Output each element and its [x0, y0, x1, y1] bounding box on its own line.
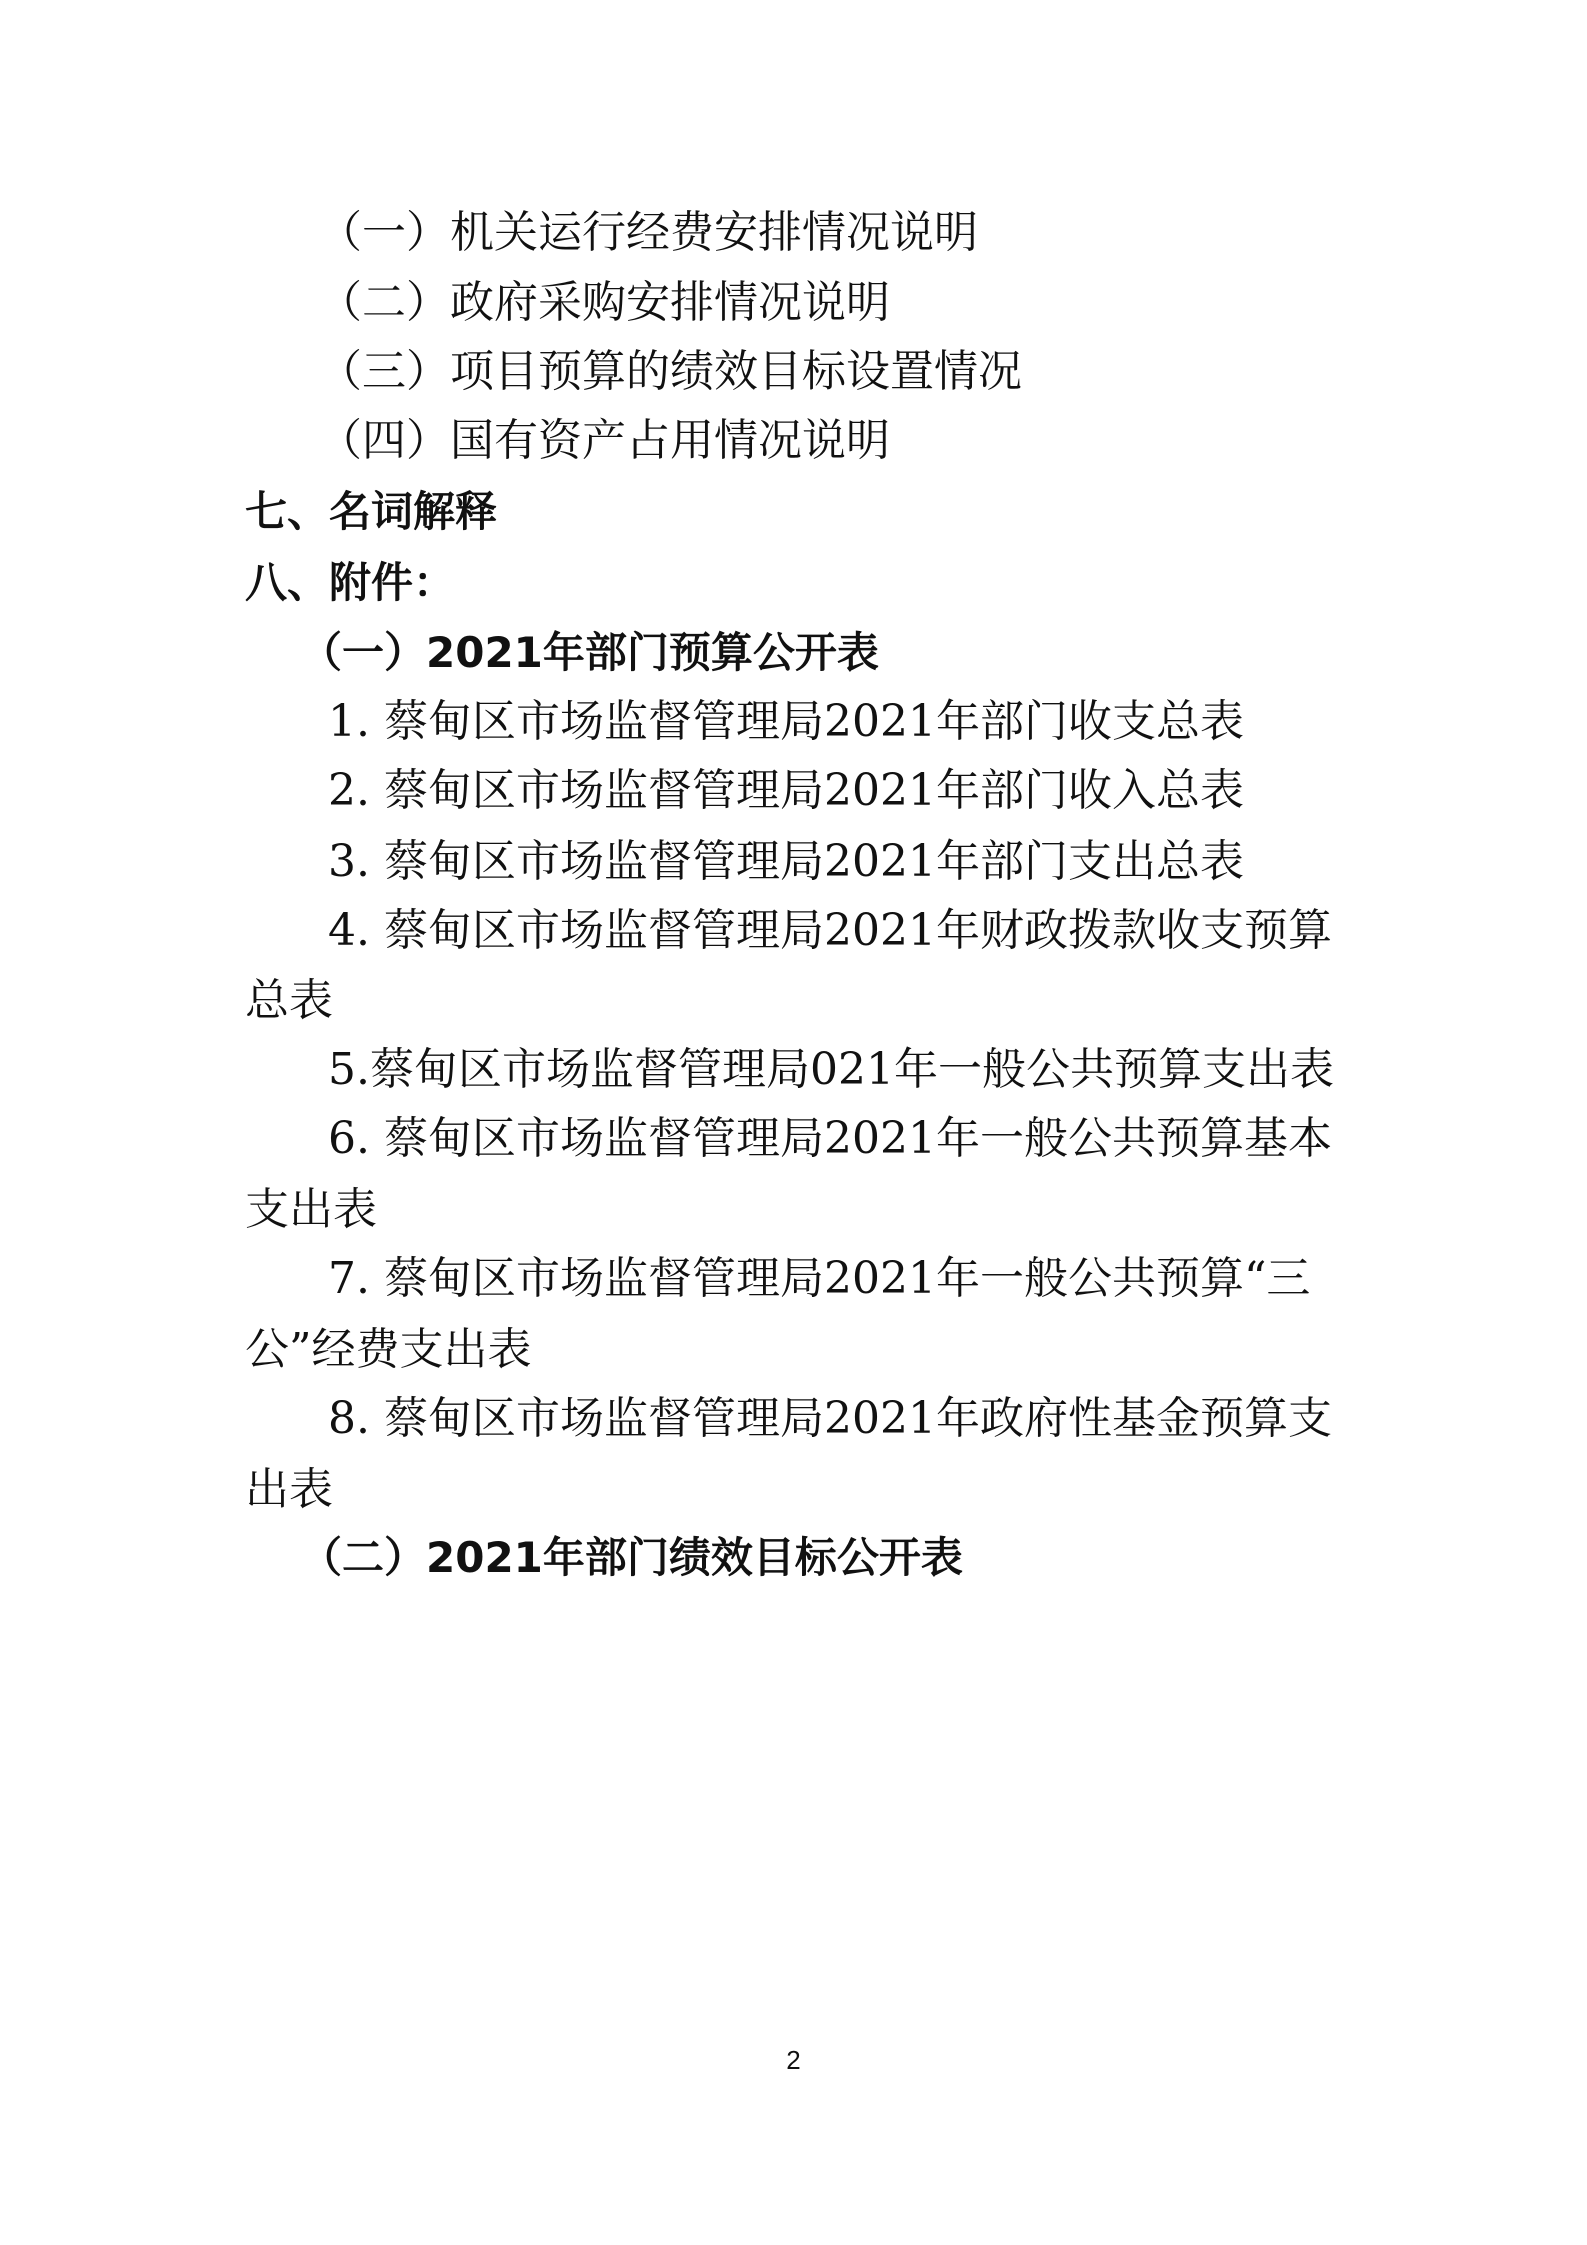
attachment-item-5: 5.蔡甸区市场监督管理局021年一般公共预算支出表 — [328, 1042, 1334, 1098]
toc-item-government-procurement: （二）政府采购安排情况说明 — [318, 275, 890, 331]
attachment-group-budget-tables: （一）2021年部门预算公开表 — [300, 625, 879, 681]
attachment-item-4-continued: 总表 — [245, 973, 333, 1029]
attachment-item-7: 7. 蔡甸区市场监督管理局2021年一般公共预算“三 — [328, 1251, 1310, 1307]
attachment-item-2: 2. 蔡甸区市场监督管理局2021年部门收入总表 — [328, 763, 1244, 819]
toc-item-operating-expenses: （一）机关运行经费安排情况说明 — [318, 205, 978, 261]
attachment-item-4: 4. 蔡甸区市场监督管理局2021年财政拨款收支预算 — [328, 903, 1332, 959]
attachment-group-performance-tables: （二）2021年部门绩效目标公开表 — [300, 1530, 963, 1586]
attachment-item-8: 8. 蔡甸区市场监督管理局2021年政府性基金预算支 — [328, 1391, 1332, 1447]
attachment-item-7-continued: 公”经费支出表 — [245, 1322, 532, 1378]
attachment-item-3: 3. 蔡甸区市场监督管理局2021年部门支出总表 — [328, 834, 1244, 890]
toc-item-state-assets: （四）国有资产占用情况说明 — [318, 413, 890, 469]
section-heading-glossary: 七、名词解释 — [245, 484, 497, 540]
attachment-item-6: 6. 蔡甸区市场监督管理局2021年一般公共预算基本 — [328, 1111, 1332, 1167]
attachment-item-1: 1. 蔡甸区市场监督管理局2021年部门收支总表 — [328, 694, 1244, 750]
attachment-item-8-continued: 出表 — [245, 1462, 333, 1518]
attachment-item-6-continued: 支出表 — [245, 1182, 377, 1238]
toc-item-performance-targets: （三）项目预算的绩效目标设置情况 — [318, 344, 1022, 400]
section-heading-attachments: 八、附件： — [245, 555, 455, 611]
page-number: 2 — [0, 2045, 1587, 2076]
